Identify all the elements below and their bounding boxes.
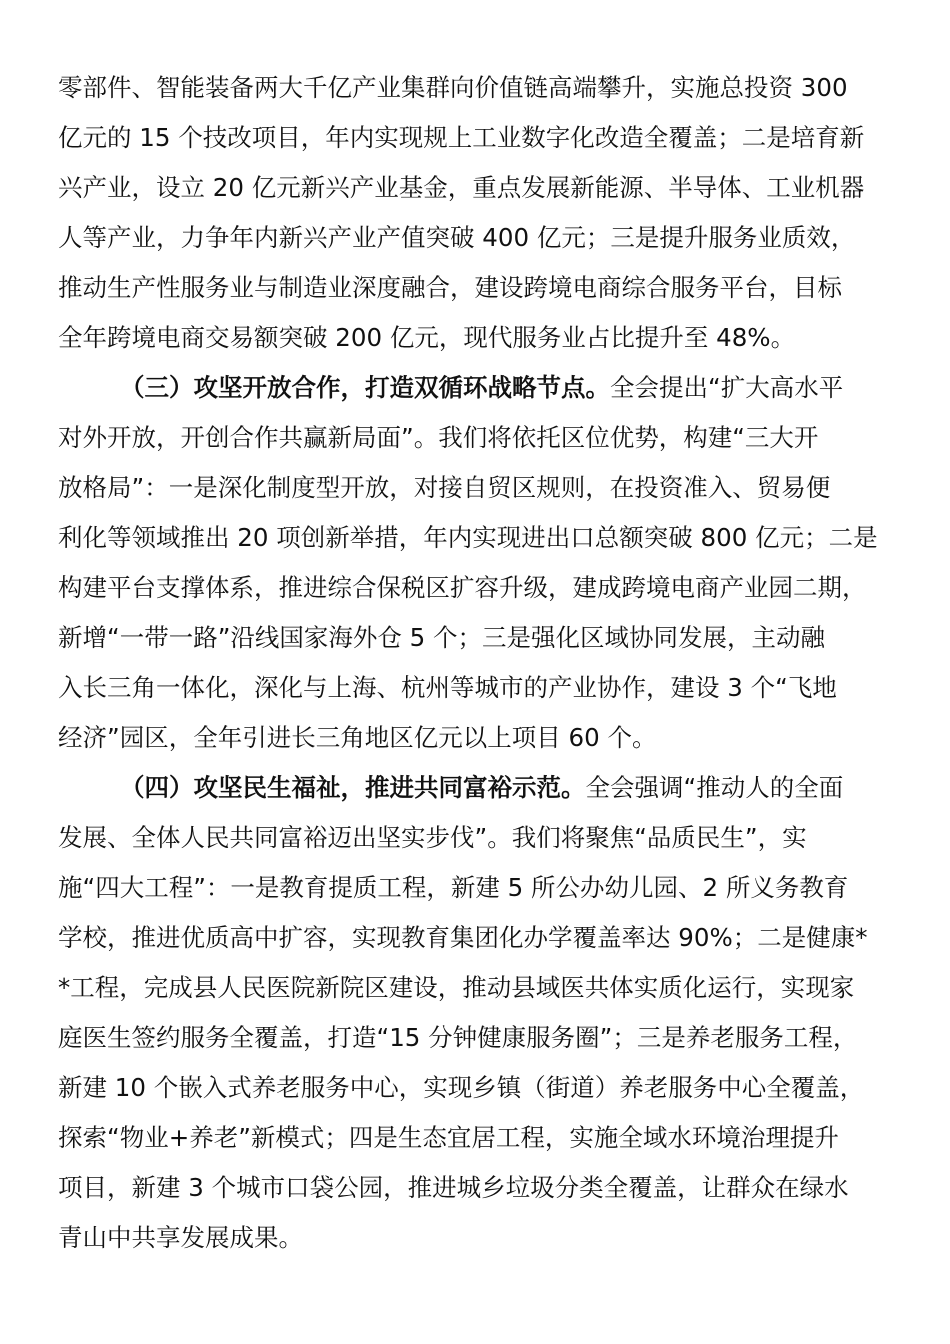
section-heading: （四）攻坚民生福祉，推进共同富裕示范。 [120,773,586,802]
paragraph-line: 放格局”：一是深化制度型开放，对接自贸区规则，在投资准入、贸易便 [58,463,898,513]
paragraph-line: 利化等领域推出 20 项创新举措，年内实现进出口总额突破 800 亿元；二是 [58,513,898,563]
paragraph-line: 人等产业，力争年内新兴产业产值突破 400 亿元；三是提升服务业质效， [58,213,898,263]
paragraph-line: 推动生产性服务业与制造业深度融合，建设跨境电商综合服务平台，目标 [58,263,898,313]
section-heading: （三）攻坚开放合作，打造双循环战略节点。 [120,373,610,402]
paragraph-line: 对外开放，开创合作共赢新局面”。我们将依托区位优势，构建“三大开 [58,413,898,463]
paragraph-line: 入长三角一体化，深化与上海、杭州等城市的产业协作，建设 3 个“飞地 [58,663,898,713]
paragraph-line: 全年跨境电商交易额突破 200 亿元，现代服务业占比提升至 48%。 [58,313,898,363]
paragraph-line: 新建 10 个嵌入式养老服务中心，实现乡镇（街道）养老服务中心全覆盖， [58,1063,898,1113]
paragraph-line: 施“四大工程”：一是教育提质工程，新建 5 所公办幼儿园、2 所义务教育 [58,863,898,913]
document-page: 零部件、智能装备两大千亿产业集群向价值链高端攀升，实施总投资 300 亿元的 1… [0,0,950,1344]
paragraph-line: 庭医生签约服务全覆盖，打造“15 分钟健康服务圈”；三是养老服务工程， [58,1013,898,1063]
paragraph-line: 探索“物业+养老”新模式；四是生态宜居工程，实施全域水环境治理提升 [58,1113,898,1163]
paragraph-line: 经济”园区，全年引进长三角地区亿元以上项目 60 个。 [58,713,898,763]
paragraph-line: *工程，完成县人民医院新院区建设，推动县域医共体实质化运行，实现家 [58,963,898,1013]
paragraph-line: 兴产业，设立 20 亿元新兴产业基金，重点发展新能源、半导体、工业机器 [58,163,898,213]
paragraph-line: 构建平台支撑体系，推进综合保税区扩容升级，建成跨境电商产业园二期， [58,563,898,613]
paragraph-line: 学校，推进优质高中扩容，实现教育集团化办学覆盖率达 90%；二是健康* [58,913,898,963]
paragraph-line: 亿元的 15 个技改项目，年内实现规上工业数字化改造全覆盖；二是培育新 [58,113,898,163]
paragraph-line: 零部件、智能装备两大千亿产业集群向价值链高端攀升，实施总投资 300 [58,63,898,113]
section-heading-line: （四）攻坚民生福祉，推进共同富裕示范。全会强调“推动人的全面 [120,763,898,813]
paragraph-line: 项目，新建 3 个城市口袋公园，推进城乡垃圾分类全覆盖，让群众在绿水 [58,1163,898,1213]
paragraph-text: 全会强调“推动人的全面 [586,773,844,802]
paragraph-line: 发展、全体人民共同富裕迈出坚实步伐”。我们将聚焦“品质民生”，实 [58,813,898,863]
section-heading-line: （三）攻坚开放合作，打造双循环战略节点。全会提出“扩大高水平 [120,363,898,413]
paragraph-line: 青山中共享发展成果。 [58,1213,898,1263]
paragraph-line: 新增“一带一路”沿线国家海外仓 5 个；三是强化区域协同发展，主动融 [58,613,898,663]
paragraph-text: 全会提出“扩大高水平 [610,373,843,402]
